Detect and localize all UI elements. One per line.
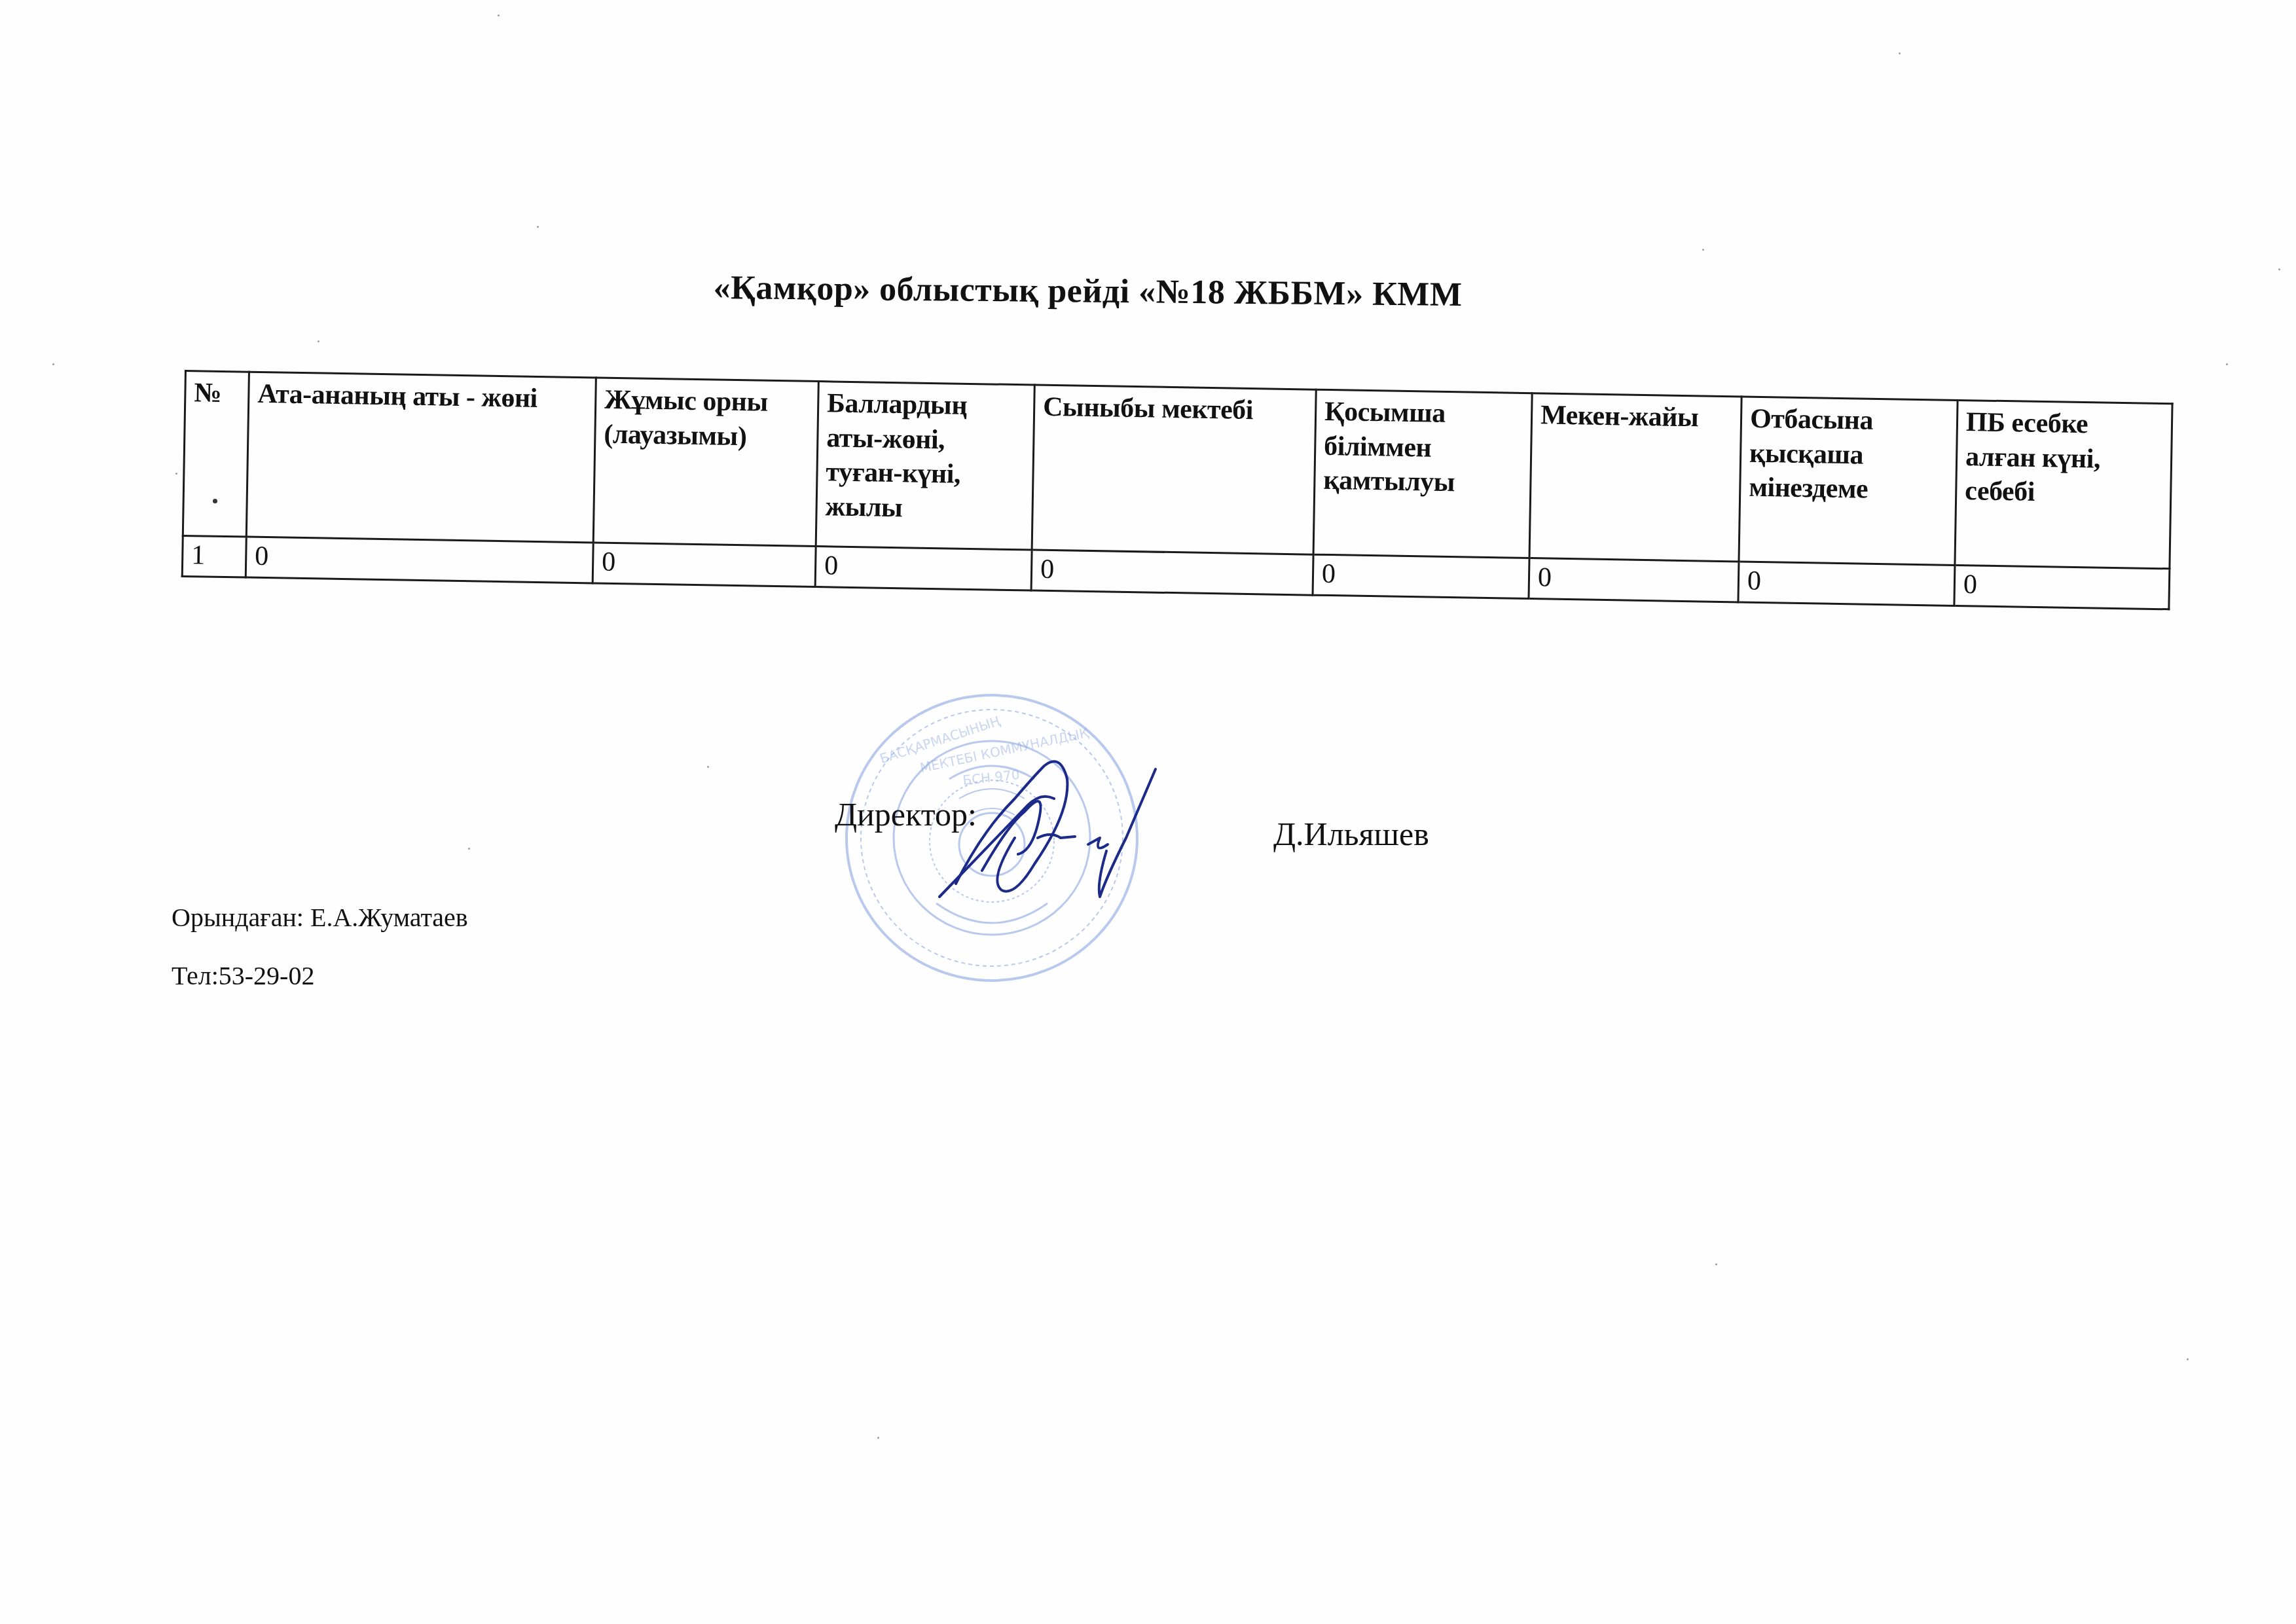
phone-line: Тел:53-29-02 bbox=[172, 960, 314, 991]
director-label: Директор: bbox=[835, 795, 977, 833]
scan-speck bbox=[1702, 249, 1704, 251]
cell-child-name-birthdate: 0 bbox=[815, 547, 1032, 590]
official-stamp-icon: БАСҚАРМАСЫНЫҢ МЕКТЕБІ КОММУНАЛДЫҚ БСН 97… bbox=[838, 687, 1146, 988]
cell-number: 1 bbox=[182, 535, 246, 577]
header-address: Мекен-жайы bbox=[1529, 393, 1741, 562]
scan-speck bbox=[2226, 363, 2228, 365]
svg-text:БАСҚАРМАСЫНЫҢ: БАСҚАРМАСЫНЫҢ bbox=[878, 713, 1003, 767]
scan-speck bbox=[1715, 1263, 1717, 1265]
cell-class-school: 0 bbox=[1031, 550, 1313, 595]
header-number: № bbox=[183, 371, 249, 537]
scan-speck bbox=[537, 226, 539, 228]
table-header-row: № Ата-ананың аты - жөні Жұмыс орны (лауа… bbox=[183, 371, 2172, 569]
scan-speck bbox=[175, 473, 177, 475]
cell-workplace: 0 bbox=[592, 543, 816, 586]
svg-text:БСН 970: БСН 970 bbox=[962, 767, 1020, 788]
header-additional-education: Қосымша біліммен қамтылуы bbox=[1313, 389, 1532, 558]
scan-speck bbox=[498, 14, 500, 16]
scan-speck bbox=[2278, 268, 2280, 270]
scan-speck bbox=[468, 848, 470, 850]
header-registration-date-reason: ПБ есебке алған күні, себебі bbox=[1955, 400, 2172, 568]
header-child-name-birthdate: Баллардың аты-жөні, туған-күні, жылы bbox=[816, 382, 1034, 550]
header-workplace: Жұмыс орны (лауазымы) bbox=[593, 378, 818, 547]
cell-registration-date-reason: 0 bbox=[1954, 565, 2170, 609]
scan-speck bbox=[1899, 52, 1901, 54]
scan-speck bbox=[2187, 1358, 2189, 1360]
cell-address: 0 bbox=[1529, 558, 1739, 602]
executor-line: Орындаған: Е.А.Жуматаев bbox=[172, 902, 468, 933]
report-table-wrapper: № Ата-ананың аты - жөні Жұмыс орны (лауа… bbox=[181, 370, 2174, 610]
header-parent-name: Ата-ананың аты - жөні bbox=[246, 372, 596, 543]
cell-family-description: 0 bbox=[1738, 562, 1955, 605]
header-class-school: Сыныбы мектебі bbox=[1032, 385, 1316, 554]
svg-text:МЕКТЕБІ КОММУНАЛДЫҚ: МЕКТЕБІ КОММУНАЛДЫҚ bbox=[919, 725, 1091, 776]
header-family-description: Отбасына қысқаша мінездеме bbox=[1739, 397, 1958, 565]
scan-speck bbox=[877, 1437, 879, 1439]
cell-additional-education: 0 bbox=[1313, 554, 1529, 598]
director-name: Д.Ильяшев bbox=[1273, 815, 1429, 853]
report-table: № Ата-ананың аты - жөні Жұмыс орны (лауа… bbox=[181, 370, 2174, 610]
scan-speck bbox=[318, 340, 319, 342]
scan-speck bbox=[52, 363, 54, 365]
document-title: «Қамқор» облыстық рейді «№18 ЖББМ» КММ bbox=[713, 268, 1462, 314]
cell-parent-name: 0 bbox=[246, 537, 593, 583]
scan-speck bbox=[707, 766, 709, 768]
scanned-page: «Қамқор» облыстық рейді «№18 ЖББМ» КММ №… bbox=[0, 0, 2296, 1624]
